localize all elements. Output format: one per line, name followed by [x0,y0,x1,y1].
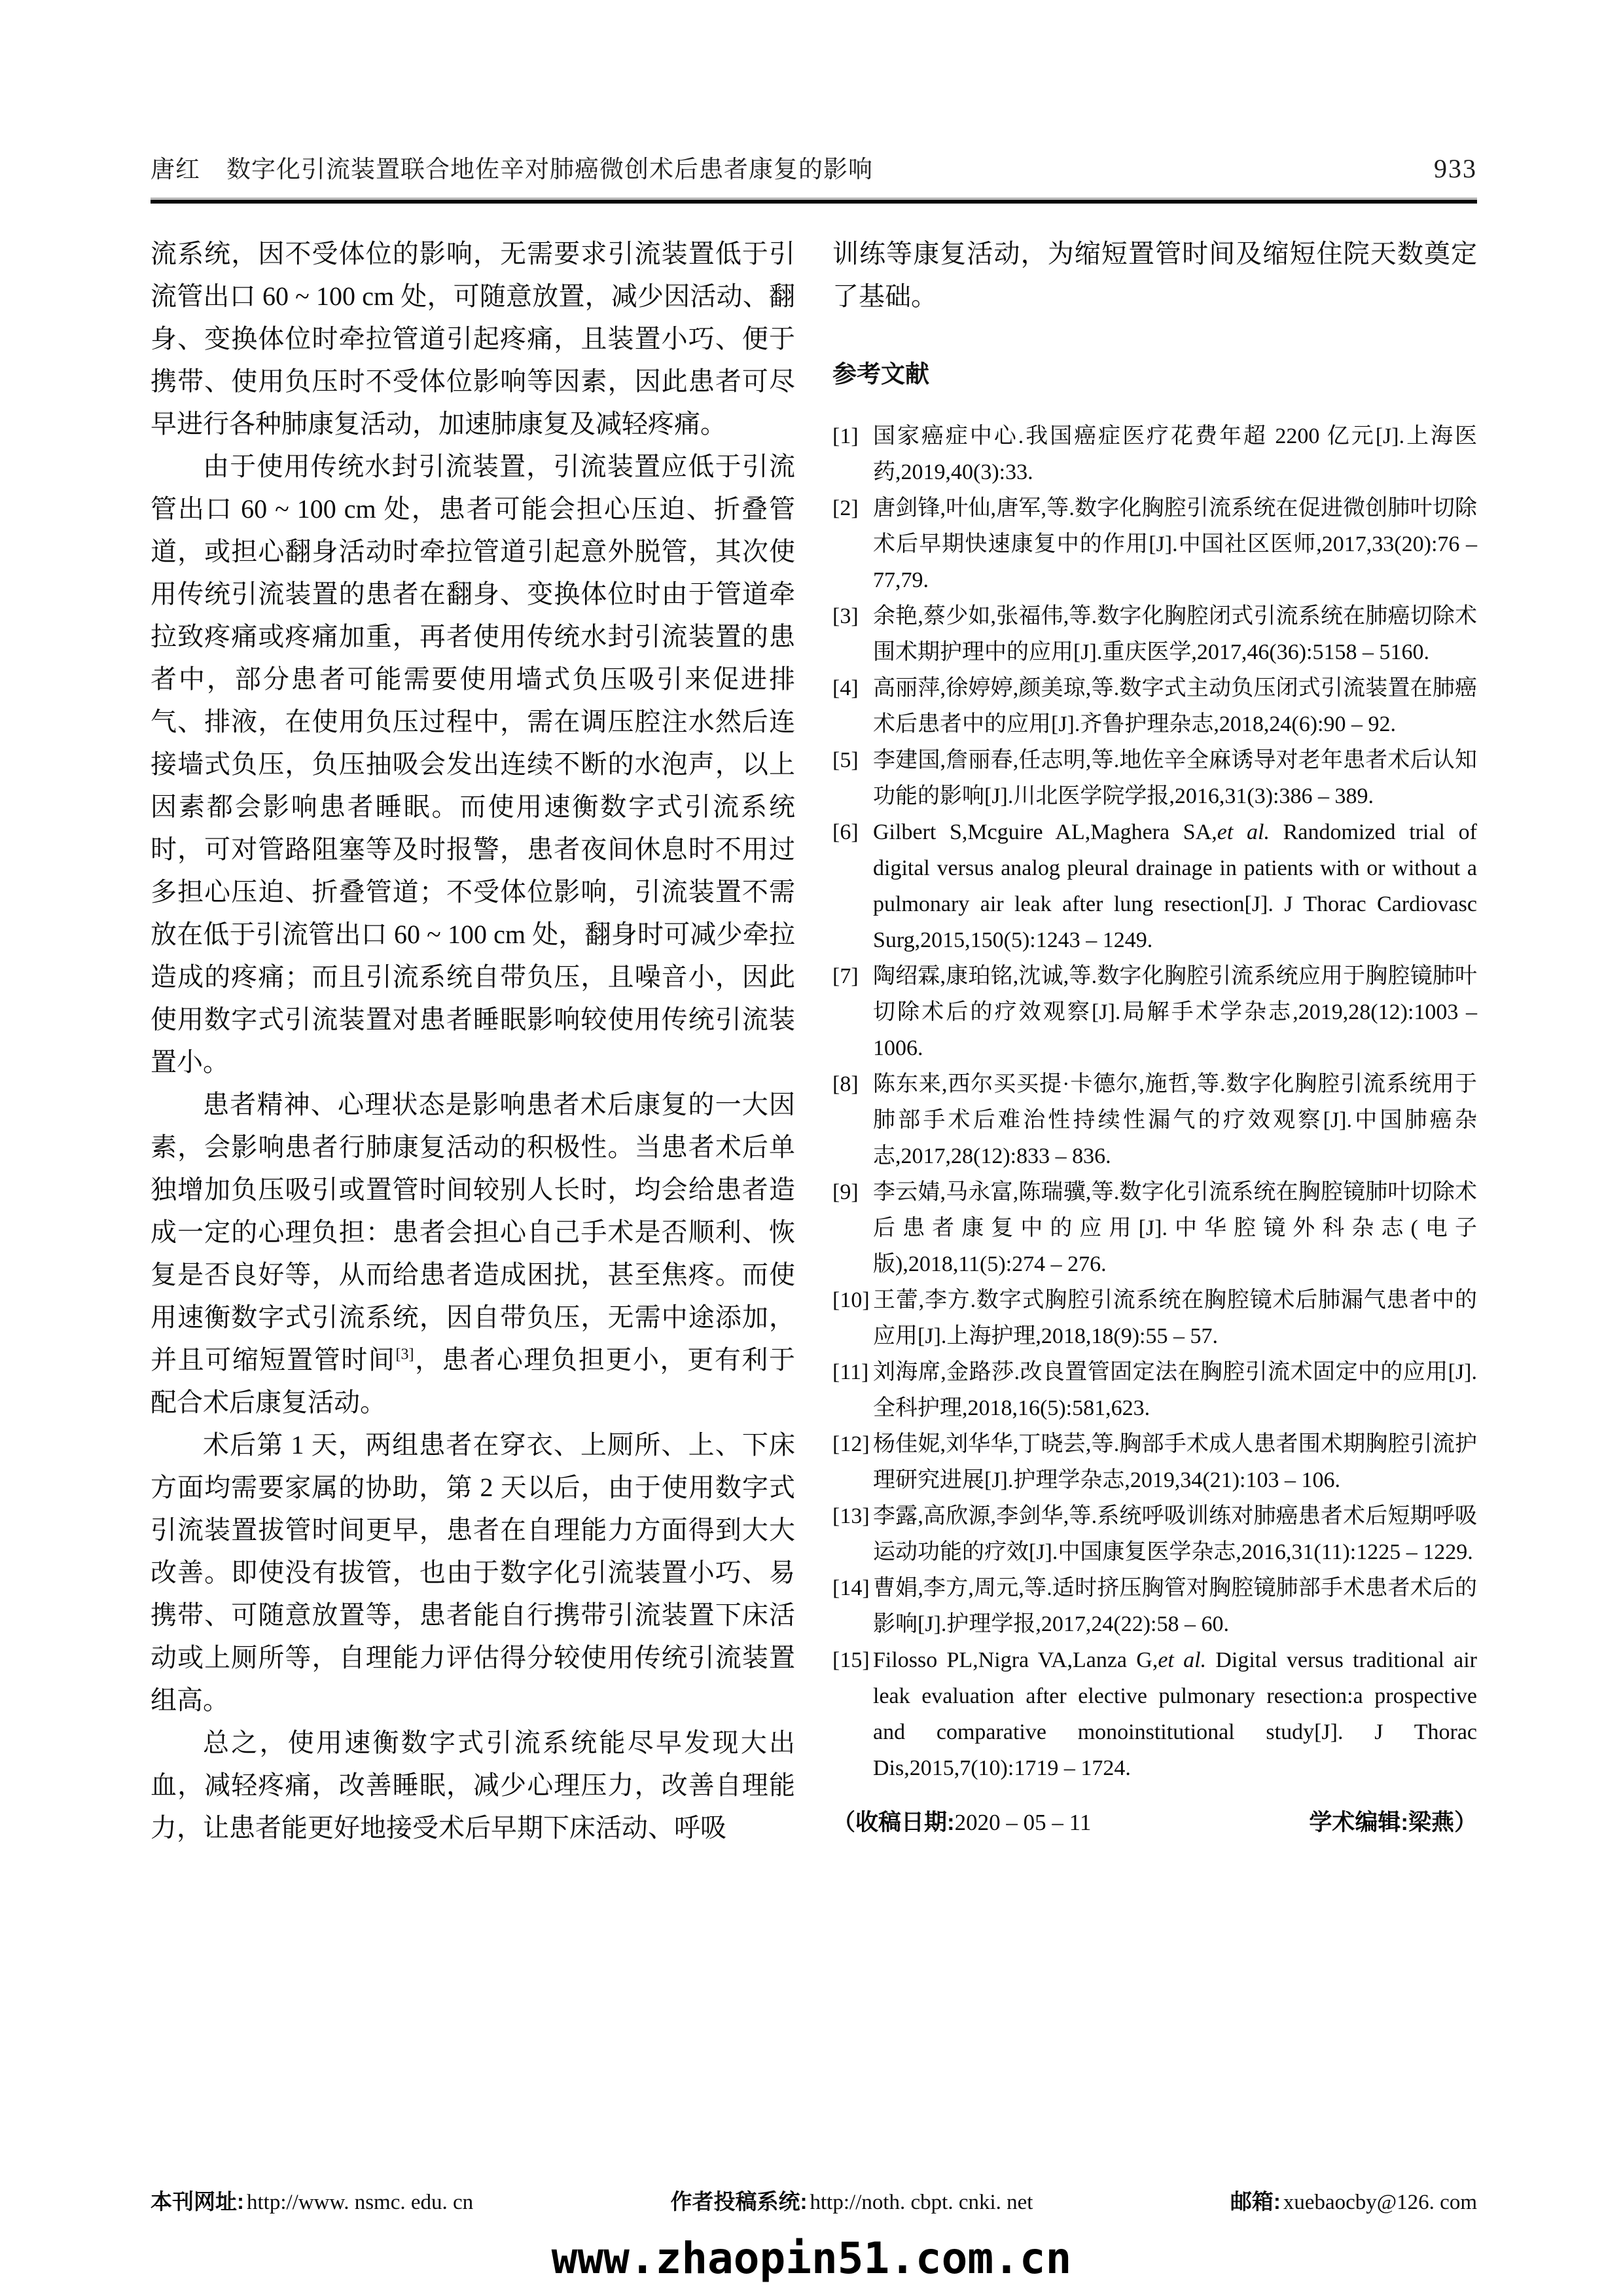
reference-number: [15] [832,1642,870,1678]
reference-text: 国家癌症中心.我国癌症医疗花费年超 2200 亿元[J].上海医药,2019,4… [873,424,1477,484]
submission-system-value: http://noth. cbpt. cnki. net [810,2191,1033,2214]
reference-number: [9] [832,1174,859,1210]
reference-item: [10]王蕾,李方.数字式胸腔引流系统在胸腔镜术后肺漏气患者中的应用[J].上海… [832,1282,1477,1354]
right-column: 训练等康复活动，为缩短置管时间及缩短住院天数奠定了基础。 参考文献 [1]国家癌… [832,232,1477,1849]
received-label: （收稿日期: [832,1810,955,1835]
reference-text: 王蕾,李方.数字式胸腔引流系统在胸腔镜术后肺漏气患者中的应用[J].上海护理,2… [873,1288,1477,1348]
page-content: 唐红数字化引流装置联合地佐辛对肺癌微创术后患者康复的影响 933 流系统，因不受… [151,0,1477,1849]
left-column: 流系统，因不受体位的影响，无需要求引流装置低于引流管出口 60 ~ 100 cm… [151,232,795,1849]
running-title-text: 数字化引流装置联合地佐辛对肺癌微创术后患者康复的影响 [226,156,873,183]
reference-number: [5] [832,742,859,778]
watermark: www.zhaopin51.com.cn [0,2233,1623,2284]
reference-item: [3]余艳,蔡少如,张福伟,等.数字化胸腔闭式引流系统在肺癌切除术围术期护理中的… [832,598,1477,670]
email-value: xuebaocby@126. com [1283,2191,1477,2214]
reference-item: [6]Gilbert S,Mcguire AL,Maghera SA,et al… [832,814,1477,958]
reference-number: [12] [832,1426,870,1462]
journal-url: 本刊网址:http://www. nsmc. edu. cn [151,2185,473,2215]
reference-text: 杨佳妮,刘华华,丁晓芸,等.胸部手术成人患者围术期胸腔引流护理研究进展[J].护… [873,1432,1477,1492]
reference-number: [1] [832,418,859,454]
body-paragraph: 总之，使用速衡数字式引流系统能尽早发现大出血，减轻疼痛，改善睡眠，减少心理压力，… [151,1721,795,1849]
academic-editor: 学术编辑:梁燕） [1309,1804,1477,1837]
received-row: （收稿日期:2020 – 05 – 11 学术编辑:梁燕） [832,1804,1477,1837]
body-paragraph: 术后第 1 天，两组患者在穿衣、上厕所、上、下床方面均需要家属的协助，第 2 天… [151,1424,795,1721]
page-number: 933 [1434,153,1477,184]
reference-item: [8]陈东来,西尔买买提·卡德尔,施哲,等.数字化胸腔引流系统用于肺部手术后难治… [832,1066,1477,1174]
reference-item: [15]Filosso PL,Nigra VA,Lanza G,et al. D… [832,1642,1477,1786]
submission-system: 作者投稿系统:http://noth. cbpt. cnki. net [671,2185,1033,2215]
reference-text: Filosso PL,Nigra VA,Lanza G,et al. Digit… [873,1648,1477,1780]
journal-url-value: http://www. nsmc. edu. cn [247,2191,473,2214]
page-header: 唐红数字化引流装置联合地佐辛对肺癌微创术后患者康复的影响 933 [151,0,1477,185]
page-footer: 本刊网址:http://www. nsmc. edu. cn 作者投稿系统:ht… [151,2185,1477,2215]
header-rule [151,198,1477,204]
reference-number: [3] [832,598,859,634]
reference-item: [7]陶绍霖,康珀铭,沈诚,等.数字化胸腔引流系统应用于胸腔镜肺叶切除术后的疗效… [832,958,1477,1066]
reference-number: [14] [832,1570,870,1606]
received-value: 2020 – 05 – 11 [955,1810,1092,1835]
reference-item: [14]曹娟,李方,周元,等.适时挤压胸管对胸腔镜肺部手术患者术后的影响[J].… [832,1570,1477,1642]
reference-item: [11]刘海席,金路莎.改良置管固定法在胸腔引流术固定中的应用[J].全科护理,… [832,1354,1477,1426]
reference-list: [1]国家癌症中心.我国癌症医疗花费年超 2200 亿元[J].上海医药,201… [832,418,1477,1786]
body-paragraph: 流系统，因不受体位的影响，无需要求引流装置低于引流管出口 60 ~ 100 cm… [151,232,795,445]
reference-text: 唐剑锋,叶仙,唐军,等.数字化胸腔引流系统在促进微创肺叶切除术后早期快速康复中的… [873,496,1477,592]
reference-item: [5]李建国,詹丽春,任志明,等.地佐辛全麻诱导对老年患者术后认知功能的影响[J… [832,742,1477,814]
reference-number: [2] [832,490,859,526]
reference-number: [4] [832,670,859,706]
reference-text: 高丽萍,徐婷婷,颜美琼,等.数字式主动负压闭式引流装置在肺癌术后患者中的应用[J… [873,676,1477,736]
reference-text: 李云婧,马永富,陈瑞骥,等.数字化引流系统在胸腔镜肺叶切除术后患者康复中的应用[… [873,1180,1477,1276]
reference-text: 陈东来,西尔买买提·卡德尔,施哲,等.数字化胸腔引流系统用于肺部手术后难治性持续… [873,1072,1477,1168]
reference-item: [9]李云婧,马永富,陈瑞骥,等.数字化引流系统在胸腔镜肺叶切除术后患者康复中的… [832,1174,1477,1282]
reference-item: [2]唐剑锋,叶仙,唐军,等.数字化胸腔引流系统在促进微创肺叶切除术后早期快速康… [832,490,1477,598]
reference-number: [6] [832,814,859,850]
two-column-body: 流系统，因不受体位的影响，无需要求引流装置低于引流管出口 60 ~ 100 cm… [151,232,1477,1849]
reference-item: [12]杨佳妮,刘华华,丁晓芸,等.胸部手术成人患者围术期胸腔引流护理研究进展[… [832,1426,1477,1498]
received-date: （收稿日期:2020 – 05 – 11 [832,1804,1091,1837]
reference-text: 曹娟,李方,周元,等.适时挤压胸管对胸腔镜肺部手术患者术后的影响[J].护理学报… [873,1576,1477,1636]
reference-text: 余艳,蔡少如,张福伟,等.数字化胸腔闭式引流系统在肺癌切除术围术期护理中的应用[… [873,604,1477,664]
reference-number: [13] [832,1498,870,1534]
reference-item: [1]国家癌症中心.我国癌症医疗花费年超 2200 亿元[J].上海医药,201… [832,418,1477,490]
reference-number: [7] [832,958,859,994]
running-title-author: 唐红 [151,156,200,183]
reference-text: 陶绍霖,康珀铭,沈诚,等.数字化胸腔引流系统应用于胸腔镜肺叶切除术后的疗效观察[… [873,964,1477,1060]
body-paragraph: 训练等康复活动，为缩短置管时间及缩短住院天数奠定了基础。 [832,232,1477,317]
email-label: 邮箱: [1230,2189,1281,2214]
reference-number: [11] [832,1354,868,1390]
reference-text: 李建国,詹丽春,任志明,等.地佐辛全麻诱导对老年患者术后认知功能的影响[J].川… [873,748,1477,808]
reference-number: [10] [832,1282,870,1318]
email: 邮箱:xuebaocby@126. com [1230,2185,1477,2215]
reference-text: 刘海席,金路莎.改良置管固定法在胸腔引流术固定中的应用[J].全科护理,2018… [873,1360,1477,1420]
running-title: 唐红数字化引流装置联合地佐辛对肺癌微创术后患者康复的影响 [151,149,873,185]
reference-text: 李露,高欣源,李剑华,等.系统呼吸训练对肺癌患者术后短期呼吸运动功能的疗效[J]… [873,1504,1477,1564]
journal-url-label: 本刊网址: [151,2189,244,2214]
reference-text: Gilbert S,Mcguire AL,Maghera SA,et al. R… [873,820,1477,952]
reference-number: [8] [832,1066,859,1102]
body-paragraph: 患者精神、心理状态是影响患者术后康复的一大因素，会影响患者行肺康复活动的积极性。… [151,1083,795,1424]
reference-item: [13]李露,高欣源,李剑华,等.系统呼吸训练对肺癌患者术后短期呼吸运动功能的疗… [832,1498,1477,1570]
references-heading: 参考文献 [832,354,1477,389]
reference-item: [4]高丽萍,徐婷婷,颜美琼,等.数字式主动负压闭式引流装置在肺癌术后患者中的应… [832,670,1477,742]
submission-system-label: 作者投稿系统: [671,2189,808,2214]
body-paragraph: 由于使用传统水封引流装置，引流装置应低于引流管出口 60 ~ 100 cm 处，… [151,445,795,1083]
